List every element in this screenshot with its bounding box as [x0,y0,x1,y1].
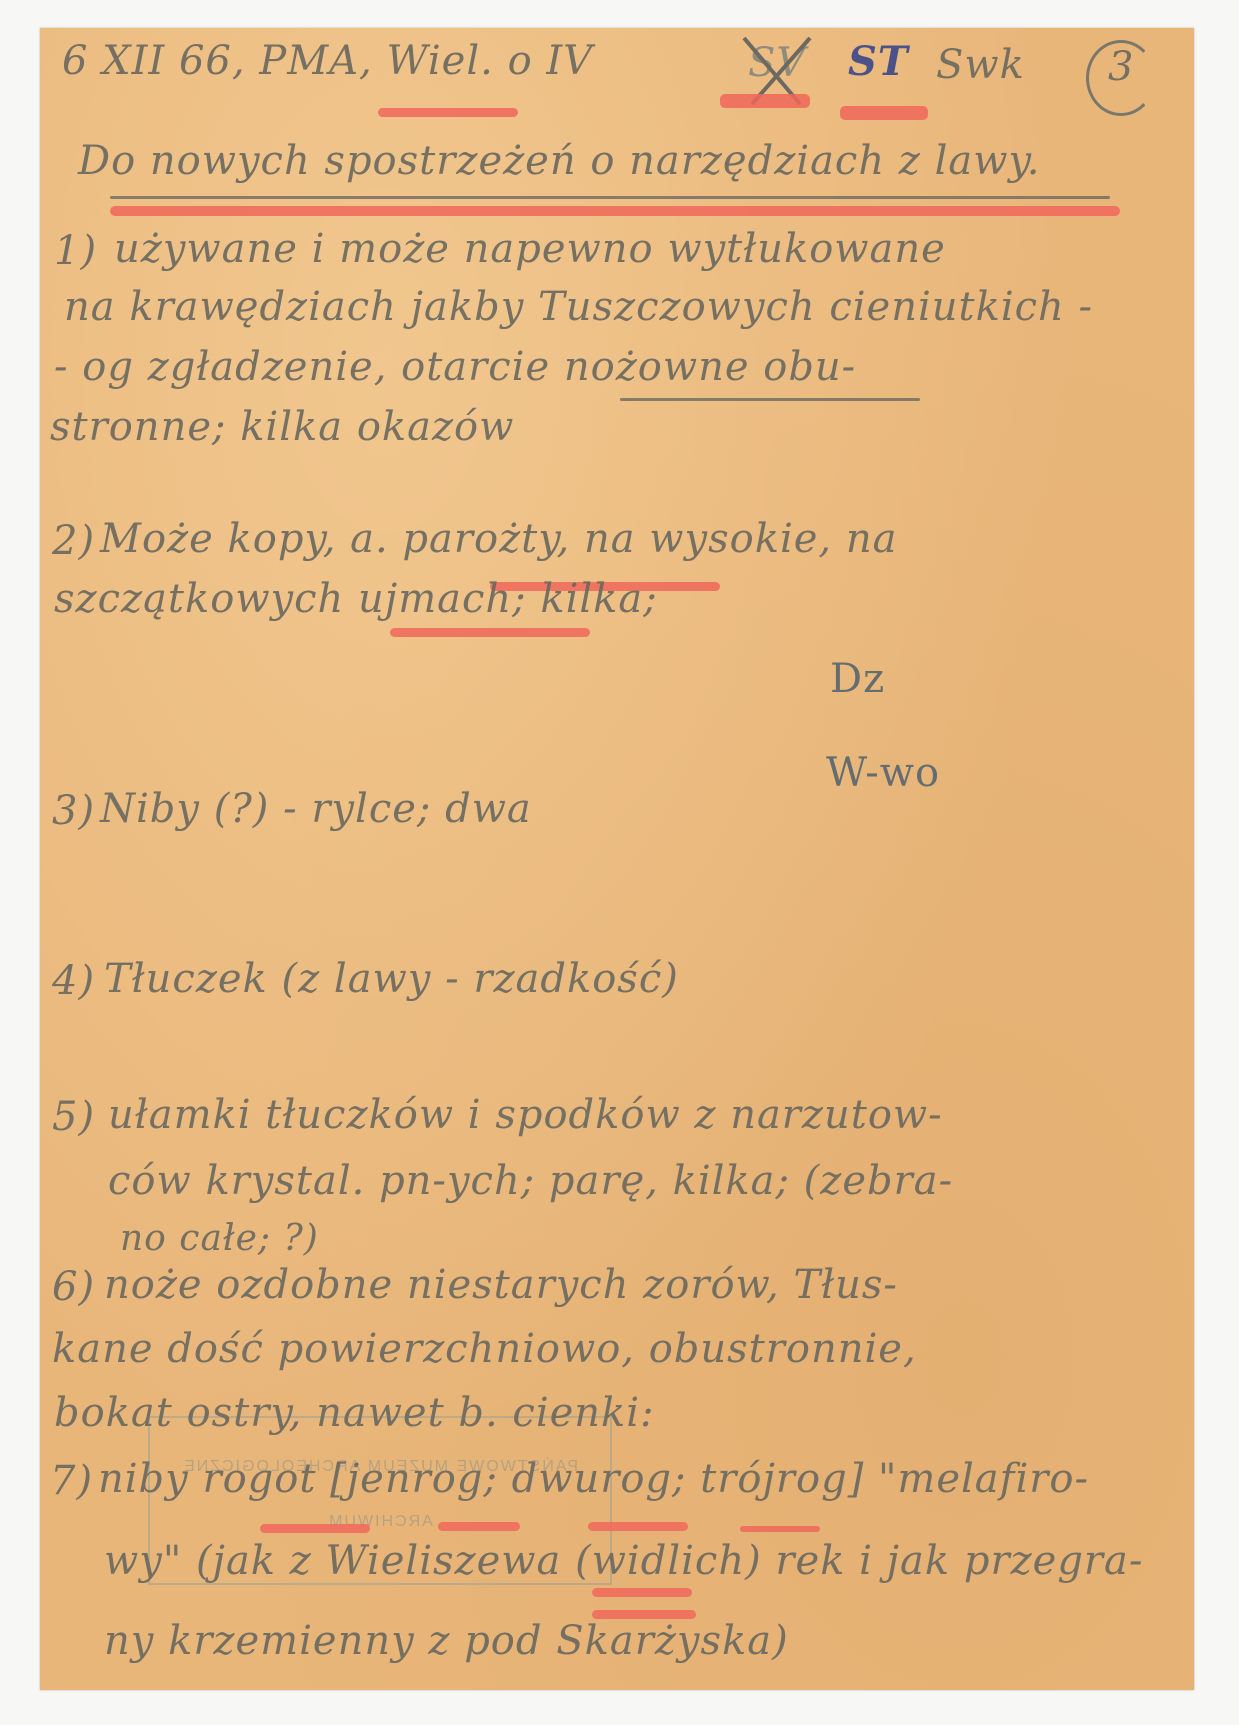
title-underline [110,196,1110,199]
item-5-number: 5) [52,1094,95,1140]
item-5-line-1: ułamki tłuczków i spodków z narzutow- [108,1092,943,1138]
red-underline [438,1522,520,1531]
item-7-number: 7) [50,1458,93,1504]
document-title: Do nowych spostrzeżeń o narzędziach z la… [78,138,1040,184]
margin-note-wwo: W-wo [826,750,940,796]
item-6-line-2: kane dość powierzchniowo, obustronnie, [52,1326,917,1372]
item-6-line-3: bokat ostry, nawet b. cienki: [54,1390,655,1436]
header-code: Swk [936,42,1025,88]
red-underline [260,1524,370,1533]
item-2-line-2: szczątkowych ujmach; kilka; [54,576,658,622]
item-2-number: 2) [52,518,95,564]
item-5-line-2: ców krystal. pn-ych; parę, kilka; (zebra… [108,1158,953,1204]
red-underline [740,1526,820,1532]
item-6-number: 6) [52,1264,95,1310]
item-6-line-1: noże ozdobne niestarych zorów, Tłus- [104,1262,898,1308]
red-underline [592,1588,692,1597]
item-1-line-1: używane i może napewno wytłukowane [114,226,946,272]
item-2-line-1: Może kopy, a. parożty, na wysokie, na [100,516,897,562]
item-1-number: 1) [54,228,97,274]
stamp-line-2: ARCHIWUM [160,1513,600,1531]
item-7-line-3: ny krzemienny z pod Skarżyska) [104,1618,789,1664]
red-underline [378,108,518,117]
item-3-line-1: Niby (?) - rylce; dwa [100,786,532,832]
item-7-line-2: wy" (jak z Wieliszewa (widlich) rek i ja… [104,1538,1143,1584]
item-4-number: 4) [52,958,95,1004]
item-3-number: 3) [52,788,95,834]
item-7-line-1: niby rogot [jenrog; dwurog; trójrog] "me… [98,1456,1089,1502]
title-red-underline [110,206,1120,216]
header-date-reference: 6 XII 66, PMA, Wiel. o IV [62,38,593,84]
item-4-line-1: Tłuczek (z lawy - rzadkość) [104,956,679,1002]
item-1-line-2: na krawędziach jakby Tuszczowych cieniut… [64,284,1093,330]
item-1-line-4: stronne; kilka okazów [50,404,514,450]
grey-underline [620,398,920,401]
margin-note-dz: Dz [830,656,885,702]
blue-code: ST [848,38,909,85]
red-underline [588,1522,688,1531]
red-underline [840,106,928,120]
page-number: 3 [1108,44,1134,90]
document-page: PAŃSTWOWE MUZEUM ARCHEOLOGICZNE ARCHIWUM… [40,28,1194,1690]
red-underline [390,628,590,637]
red-underline [720,94,810,108]
item-1-line-3: - og zgładzenie, otarcie nożowne obu- [54,344,856,390]
item-5-line-3: no całe; ?) [120,1218,319,1259]
